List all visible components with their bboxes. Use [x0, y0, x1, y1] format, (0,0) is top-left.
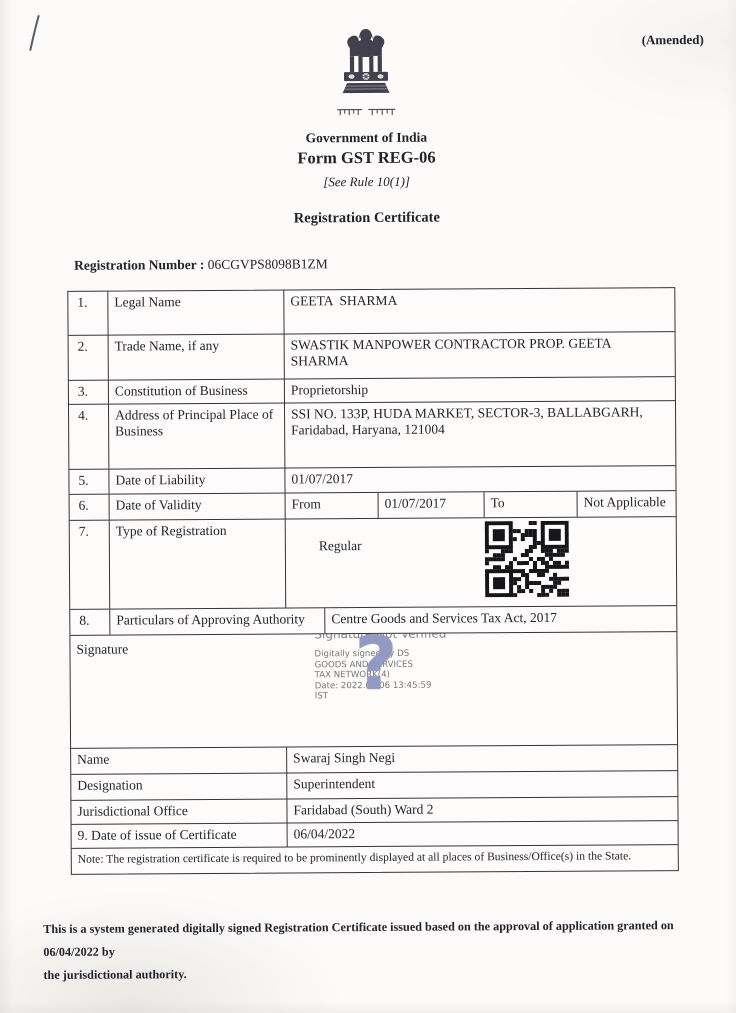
row-value: 01/07/2017: [284, 466, 675, 492]
digitally-signed-details: Digitally signed by DS GOODS AND SERVICE…: [314, 648, 484, 702]
registration-number-label: Registration Number :: [74, 257, 204, 273]
row-number: 5.: [69, 470, 108, 494]
stamp-line: IST: [315, 690, 485, 702]
certificate-table: 1. Legal Name GEETA SHARMA 2. Trade Name…: [67, 287, 679, 875]
row-value: Superintendent: [286, 771, 677, 798]
validity-to-label: To: [484, 492, 577, 518]
table-row-address: 4. Address of Principal Place of Busines…: [69, 400, 675, 469]
row-value: SWASTIK MANPOWER CONTRACTOR PROP. GEETA …: [284, 332, 675, 378]
validity-from-label: From: [285, 493, 378, 519]
table-row-signature: Signature ? Signature Not Verified Digit…: [70, 631, 677, 748]
row-label: Designation: [71, 774, 286, 800]
table-row-trade-name: 2. Trade Name, if any SWASTIK MANPOWER C…: [69, 331, 675, 380]
table-row-designation: Designation Superintendent: [71, 770, 677, 800]
ashoka-emblem-icon: [337, 26, 395, 98]
row-label: Legal Name: [107, 291, 283, 335]
row-value: Regular: [319, 538, 362, 553]
qr-code: [485, 521, 569, 598]
row-number: 1.: [68, 292, 107, 335]
row-value: 06/04/2022: [287, 821, 678, 846]
statement-line: the jurisdictional authority.: [43, 960, 719, 987]
signature-cell: Signature ? Signature Not Verified Digit…: [70, 632, 677, 748]
registration-number-line: Registration Number : 06CGVPS8098B1ZM: [74, 256, 328, 274]
validity-to-value: Not Applicable: [577, 491, 676, 517]
table-row-date-of-liability: 5. Date of Liability 01/07/2017: [69, 465, 675, 494]
table-row-legal-name: 1. Legal Name GEETA SHARMA: [68, 288, 674, 335]
table-row-type-of-registration: 7. Type of Registration Regular: [70, 516, 677, 609]
row-label: 9. Date of issue of Certificate: [72, 824, 287, 848]
system-generated-statement: This is a system generated digitally sig…: [43, 914, 719, 987]
satyameva-jayate-motto: [0, 102, 734, 124]
row-label: Address of Principal Place of Business: [108, 404, 284, 469]
row-value: Proprietorship: [284, 377, 675, 402]
table-row-officer-name: Name Swaraj Singh Negi: [71, 744, 677, 774]
row-label: Particulars of Approving Authority: [109, 608, 324, 634]
statement-line: This is a system generated digitally sig…: [43, 914, 719, 964]
row-label: Date of Liability: [108, 469, 284, 494]
row-number: 8.: [70, 610, 109, 635]
row-number: 4.: [69, 405, 108, 469]
certificate-document: (Amended): [0, 0, 736, 1013]
row-label: Type of Registration: [109, 520, 286, 609]
form-title-heading: Form GST REG-06: [0, 146, 735, 170]
validity-from-value: 01/07/2017: [378, 492, 484, 518]
row-number: 2.: [69, 336, 108, 380]
row-label: Date of Validity: [109, 494, 285, 520]
row-number: 3.: [69, 381, 108, 404]
signature-label: Signature: [76, 641, 128, 656]
rule-reference: [See Rule 10(1)]: [0, 172, 735, 192]
row-label: Name: [71, 748, 286, 774]
signature-not-verified-text: Signature Not Verified: [314, 632, 484, 641]
table-row-date-of-issue: 9. Date of issue of Certificate 06/04/20…: [72, 820, 678, 848]
certificate-title-heading: Registration Certificate: [0, 208, 735, 229]
row-value: Swaraj Singh Negi: [286, 745, 677, 772]
row-number: 7.: [70, 521, 110, 609]
table-row-approving-authority: 8. Particulars of Approving Authority Ce…: [70, 605, 676, 635]
table-row-constitution: 3. Constitution of Business Proprietorsh…: [69, 376, 675, 404]
row-value: Faridabad (South) Ward 2: [286, 797, 677, 822]
government-of-india-heading: Government of India: [0, 128, 734, 148]
row-value: Centre Goods and Services Tax Act, 2017: [324, 606, 676, 633]
table-row-note: Note: The registration certificate is re…: [72, 844, 678, 874]
emblem-block: [0, 24, 734, 124]
table-row-jurisdictional-office: Jurisdictional Office Faridabad (South) …: [71, 796, 677, 824]
row-value: SSI NO. 133P, HUDA MARKET, SECTOR-3, BAL…: [284, 401, 675, 467]
row-label: Constitution of Business: [108, 380, 284, 404]
row-value-container: Regular: [285, 517, 677, 607]
row-label: Trade Name, if any: [108, 335, 284, 380]
row-label: Jurisdictional Office: [71, 800, 286, 824]
table-row-date-of-validity: 6. Date of Validity From 01/07/2017 To N…: [70, 490, 676, 520]
digital-signature-stamp: ? Signature Not Verified Digitally signe…: [314, 632, 484, 702]
registration-number-value: 06CGVPS8098B1ZM: [208, 256, 328, 272]
row-number: 6.: [70, 495, 109, 520]
row-value: GEETA SHARMA: [283, 288, 674, 333]
note-text: Note: The registration certificate is re…: [72, 845, 678, 874]
